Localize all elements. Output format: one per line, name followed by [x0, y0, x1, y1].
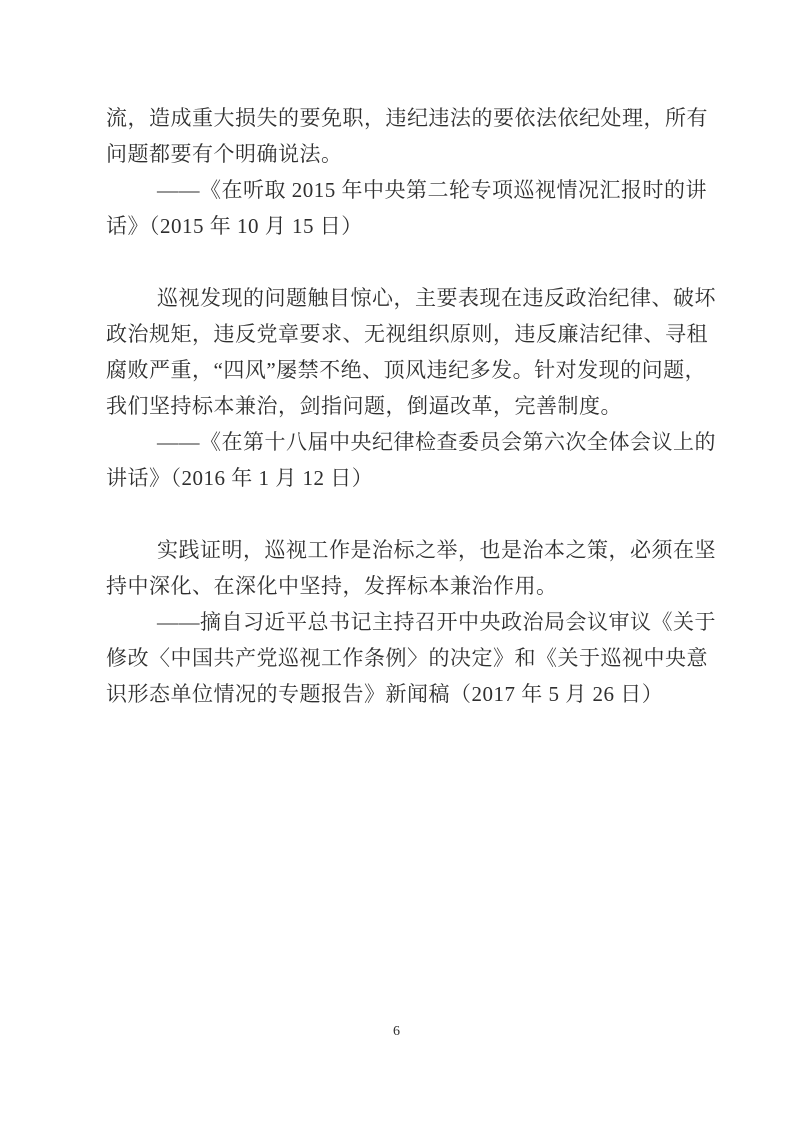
text-line: 巡视发现的问题触目惊心，主要表现在违反政治纪律、破坏: [106, 280, 684, 316]
document-body: 流，造成重大损失的要免职，违纪违法的要依法依纪处理，所有问题都要有个明确说法。—…: [106, 100, 684, 712]
text-line: ——《在第十八届中央纪律检查委员会第六次全体会议上的: [106, 424, 684, 460]
text-line: 政治规矩，违反党章要求、无视组织原则，违反廉洁纪律、寻租: [106, 316, 684, 352]
body-paragraph-block: 流，造成重大损失的要免职，违纪违法的要依法依纪处理，所有问题都要有个明确说法。: [106, 100, 684, 172]
document-page: 流，造成重大损失的要免职，违纪违法的要依法依纪处理，所有问题都要有个明确说法。—…: [0, 0, 793, 1122]
body-paragraph-block: 巡视发现的问题触目惊心，主要表现在违反政治纪律、破坏政治规矩，违反党章要求、无视…: [106, 280, 684, 424]
text-line: 实践证明，巡视工作是治标之举，也是治本之策，必须在坚: [106, 532, 684, 568]
attribution-block: ——《在听取 2015 年中央第二轮专项巡视情况汇报时的讲话》（2015 年 1…: [106, 172, 684, 244]
text-line: 我们坚持标本兼治，剑指问题，倒逼改革，完善制度。: [106, 388, 684, 424]
text-line: 识形态单位情况的专题报告》新闻稿（2017 年 5 月 26 日）: [106, 676, 684, 712]
text-line: 讲话》（2016 年 1 月 12 日）: [106, 460, 684, 496]
text-line: 修改〈中国共产党巡视工作条例〉的决定》和《关于巡视中央意: [106, 640, 684, 676]
attribution-block: ——摘自习近平总书记主持召开中央政治局会议审议《关于修改〈中国共产党巡视工作条例…: [106, 604, 684, 712]
text-line: 问题都要有个明确说法。: [106, 136, 684, 172]
text-line: 持中深化、在深化中坚持，发挥标本兼治作用。: [106, 568, 684, 604]
page-footer: 6: [0, 1022, 793, 1042]
text-line: ——摘自习近平总书记主持召开中央政治局会议审议《关于: [106, 604, 684, 640]
text-line: ——《在听取 2015 年中央第二轮专项巡视情况汇报时的讲: [106, 172, 684, 208]
text-line: 腐败严重，“四风”屡禁不绝、顶风违纪多发。针对发现的问题，: [106, 352, 684, 388]
page-number-label: 6: [393, 1024, 400, 1039]
attribution-block: ——《在第十八届中央纪律检查委员会第六次全体会议上的讲话》（2016 年 1 月…: [106, 424, 684, 496]
body-paragraph-block: 实践证明，巡视工作是治标之举，也是治本之策，必须在坚持中深化、在深化中坚持，发挥…: [106, 532, 684, 604]
text-line: 流，造成重大损失的要免职，违纪违法的要依法依纪处理，所有: [106, 100, 684, 136]
text-line: 话》（2015 年 10 月 15 日）: [106, 208, 684, 244]
